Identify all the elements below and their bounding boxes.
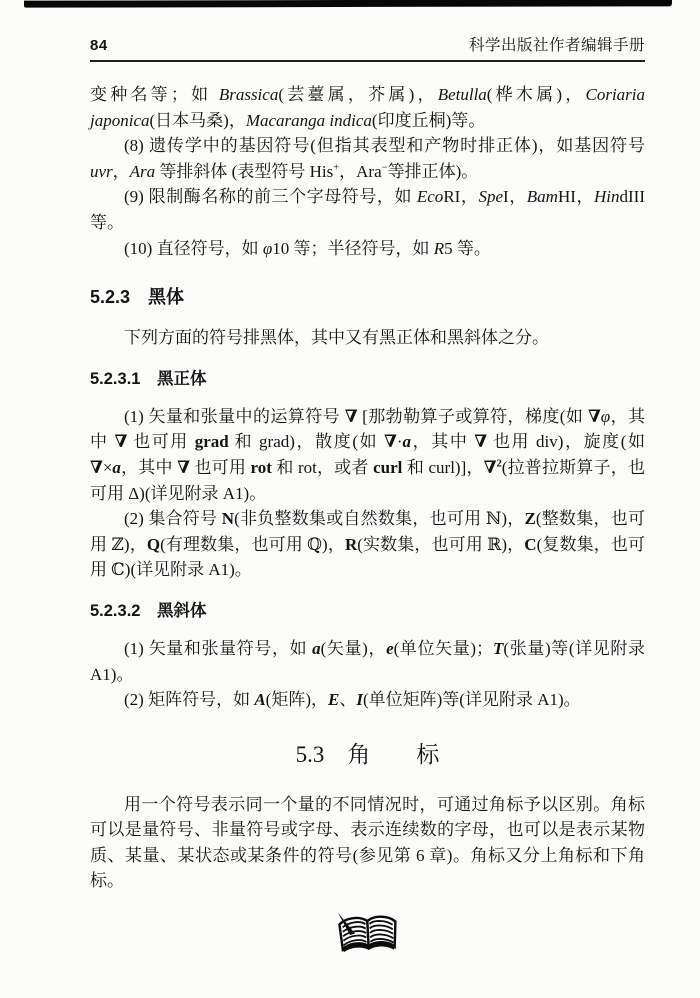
styled-text-run: 2 (496, 458, 501, 469)
styled-text-run: C (524, 535, 536, 554)
styled-text-run: + (333, 162, 339, 173)
styled-text-run: a (112, 458, 121, 477)
section-heading: 5.2.3 黑体 (90, 286, 645, 308)
styled-text-run: ∇ (474, 432, 487, 451)
subsection-heading: 5.2.3.1 黑正体 (90, 369, 645, 390)
styled-text-run: Q (147, 535, 160, 554)
styled-text-run: a (312, 639, 321, 658)
styled-text-run: Brassica (219, 85, 279, 104)
styled-text-run: Hin (594, 187, 620, 206)
styled-text-run: ∇ (588, 407, 601, 426)
styled-text-run: ∇ (177, 458, 190, 477)
paragraph: (10) 直径符号，如 φ10 等；半径符号，如 R5 等。 (90, 236, 645, 262)
styled-text-run: Eco (417, 187, 443, 206)
scan-artifact-top-edge (24, 0, 672, 8)
page-ornament (90, 910, 645, 963)
paragraph: (1) 矢量和张量中的运算符号 ∇ [那勃勒算子或算符，梯度(如 ∇φ，其中 ∇… (90, 404, 645, 506)
styled-text-run: Ara (130, 162, 156, 181)
page-number: 84 (90, 37, 108, 54)
paragraph: (8) 遗传学中的基因符号(但指其表型和产物时排正体)，如基因符号 uvr，Ar… (90, 133, 645, 184)
styled-text-run: ∇ (114, 432, 127, 451)
header-rule (90, 60, 645, 62)
paragraph: (1) 矢量和张量符号，如 a(矢量)，e(单位矢量)；T(张量)等(详见附录 … (90, 636, 645, 687)
styled-text-run: − (382, 162, 388, 173)
paragraph: 变种名等；如 Brassica(芸薹属，芥属)，Betulla(桦木属)，Cor… (90, 82, 645, 133)
styled-text-run: R (345, 535, 357, 554)
styled-text-run: I (356, 690, 363, 709)
running-header-title: 科学出版社作者编辑手册 (469, 33, 645, 55)
styled-text-run: Betulla (438, 85, 487, 104)
chapter-heading: 5.3 角 标 (90, 739, 645, 771)
styled-text-run: grad (195, 432, 229, 451)
styled-text-run: φ (601, 407, 610, 426)
styled-text-run: Spe (478, 187, 503, 206)
running-header: 84 科学出版社作者编辑手册 (90, 33, 645, 55)
styled-text-run: curl (373, 458, 402, 477)
styled-text-run: A (254, 690, 265, 709)
styled-text-run: R (434, 239, 444, 258)
styled-text-run: Macaranga indica (246, 111, 372, 130)
styled-text-run: T (493, 639, 503, 658)
styled-text-run: N (222, 509, 234, 528)
styled-text-run: ∇ (384, 432, 397, 451)
paragraph: 下列方面的符号排黑体，其中又有黑正体和黑斜体之分。 (90, 325, 645, 351)
styled-text-run: e (386, 639, 394, 658)
styled-text-run: a (403, 432, 412, 451)
page-body: 变种名等；如 Brassica(芸薹属，芥属)，Betulla(桦木属)，Cor… (90, 82, 645, 894)
paragraph: (9) 限制酶名称的前三个字母符号，如 EcoRI，SpeI，BamHI，Hin… (90, 184, 645, 235)
styled-text-run: ∇ (90, 458, 103, 477)
open-book-ornament-icon (331, 908, 403, 960)
paragraph: 用一个符号表示同一个量的不同情况时，可通过角标予以区别。角标可以是量符号、非量符… (90, 792, 645, 894)
styled-text-run: Z (525, 509, 536, 528)
styled-text-run: rot (250, 458, 271, 477)
styled-text-run: E (328, 690, 339, 709)
styled-text-run: ∇ (484, 458, 497, 477)
paragraph: (2) 集合符号 N(非负整数集或自然数集，也可用 ℕ)，Z(整数集，也可用 ℤ… (90, 506, 645, 583)
styled-text-run: ∇ (345, 407, 358, 426)
styled-text-run: Bam (527, 187, 558, 206)
book-page: 84 科学出版社作者编辑手册 变种名等；如 Brassica(芸薹属，芥属)，B… (0, 33, 700, 963)
subsection-heading: 5.2.3.2 黑斜体 (90, 601, 645, 622)
styled-text-run: φ (263, 239, 272, 258)
styled-text-run: uvr (90, 162, 113, 181)
paragraph: (2) 矩阵符号，如 A(矩阵)，E、I(单位矩阵)等(详见附录 A1)。 (90, 687, 645, 713)
